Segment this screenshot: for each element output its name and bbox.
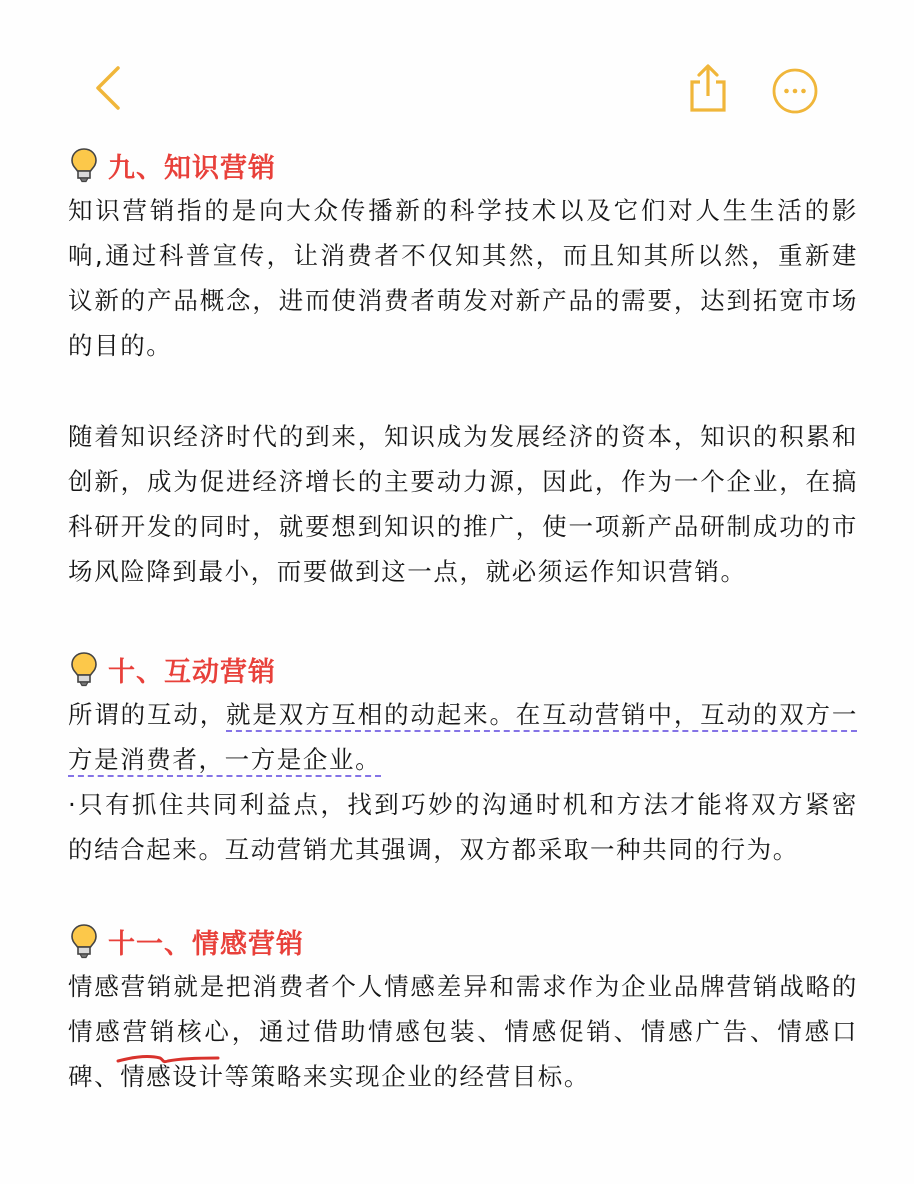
spacer: [68, 872, 858, 918]
more-options-button[interactable]: [770, 66, 820, 116]
spacer: [68, 368, 858, 414]
paragraph-text: 知识营销指的: [68, 196, 232, 225]
top-toolbar: [0, 60, 914, 120]
paragraph: 随着知识经济时代的到来，知识成为发展经济的资本，知识的积累和创新，成为促进经济增…: [68, 414, 858, 594]
lightbulb-icon: [70, 923, 98, 959]
paragraph: ·只有抓住共同利益点，找到巧妙的沟通时机和方法才能将双方紧密的结合起来。互动营销…: [68, 782, 858, 872]
note-page: 九、知识营销 知识营销指的是向大众传播新的科学技术以及它们对人生生活的影响,通过…: [0, 0, 914, 1184]
more-circle-icon: [770, 66, 820, 116]
section-title-text: 十一、情感营销: [108, 922, 304, 961]
highlighted-text-red-inner: 情感营销核心，: [68, 1017, 259, 1046]
paragraph: 情感营销就是把消费者个人情感差异和需求作为企业品牌营销战略的情感营销核心，通过借…: [68, 964, 858, 1099]
share-button[interactable]: [684, 60, 732, 116]
paragraph: 所谓的互动，就是双方互相的动起来。在互动营销中，互动的双方一方是消费者，一方是企…: [68, 692, 858, 782]
highlighted-text-red: 情感营销核心，: [68, 1017, 259, 1046]
section-title-text: 十、互动营销: [108, 650, 276, 689]
paragraph: 知识营销指的是向大众传播新的科学技术以及它们对人生生活的影响,通过科普宣传，让消…: [68, 188, 858, 368]
share-icon: [684, 60, 732, 116]
lightbulb-icon: [70, 147, 98, 183]
highlighted-text-green: 响,: [68, 241, 104, 274]
section-title-interactive-marketing: 十、互动营销: [68, 646, 858, 692]
section-title-knowledge-marketing: 九、知识营销: [68, 142, 858, 188]
chevron-left-icon: [88, 64, 128, 112]
section-title-text: 九、知识营销: [108, 146, 276, 185]
section-title-emotional-marketing: 十一、情感营销: [68, 918, 858, 964]
highlighted-text-red: 情感营销就是把消费者个人情感差异和需求作为企业品牌营销战略的: [68, 972, 858, 1001]
note-content: 九、知识营销 知识营销指的是向大众传播新的科学技术以及它们对人生生活的影响,通过…: [68, 142, 858, 1099]
paragraph-text: 所谓的互动，: [68, 700, 226, 729]
spacer: [68, 594, 858, 640]
lightbulb-icon: [70, 651, 98, 687]
highlighted-text-green: 是向大众传播新的科学技术以及它们对人生生活的影: [232, 196, 858, 229]
back-button[interactable]: [88, 64, 128, 112]
paragraph-text: 通过科普宣传，让消费者不仅知其然，而且知其所以然，重新建议新的产品概念，进而使消…: [68, 241, 858, 360]
